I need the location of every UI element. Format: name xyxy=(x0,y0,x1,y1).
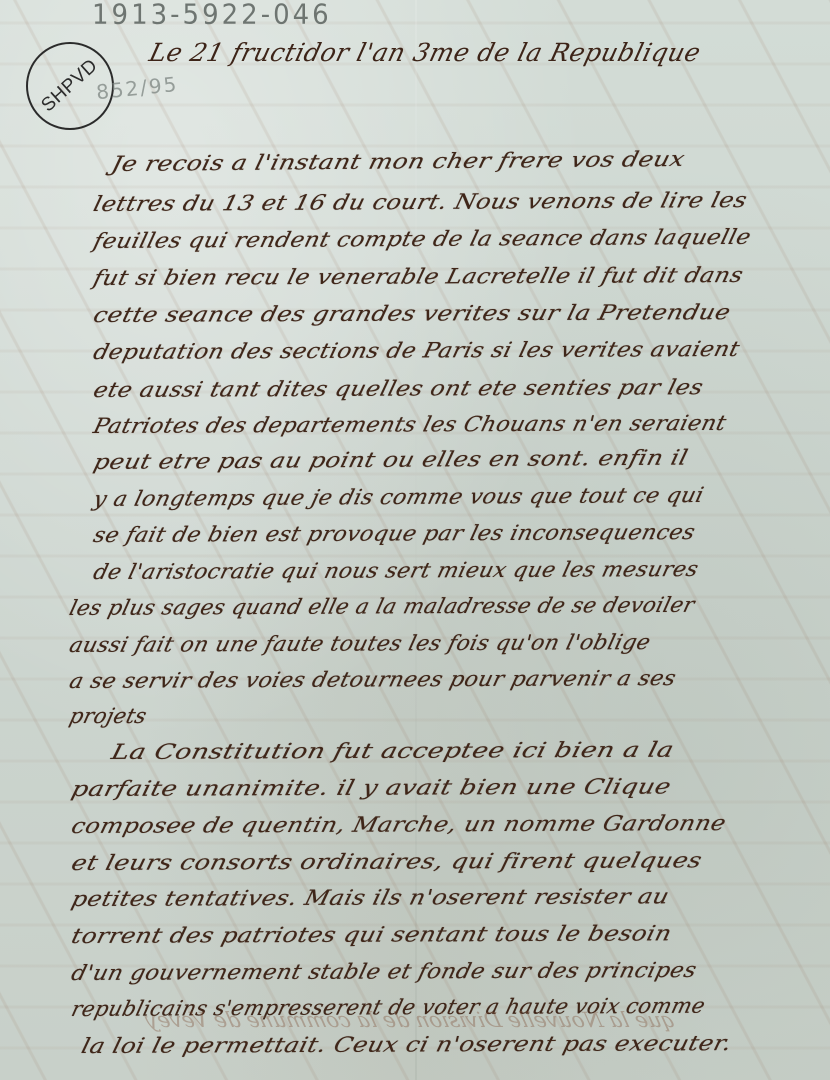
letter-page: 1913-5922-046 SHPVD 852/95 Le 21 fructid… xyxy=(0,0,830,1080)
bleed-through-text: que la Nouvelle Division de la commune d… xyxy=(37,1008,783,1032)
letter-line: de l'aristocratie qui nous sert mieux qu… xyxy=(91,557,701,584)
letter-line: deputation des sections de Paris si les … xyxy=(91,337,742,364)
letter-line: Je recois a l'instant mon cher frere vos… xyxy=(109,147,687,176)
letter-line: parfaite unanimite. il y avait bien une … xyxy=(69,774,674,801)
letter-line: aussi fait on une faute toutes les fois … xyxy=(67,630,653,657)
letter-line: cette seance des grandes verites sur la … xyxy=(91,300,733,327)
letter-line: projets xyxy=(67,704,149,728)
letter-line: feuilles qui rendent compte de la seance… xyxy=(91,225,754,253)
letter-line: Patriotes des departements les Chouans n… xyxy=(91,411,729,438)
letter-line: fut si bien recu le venerable Lacretelle… xyxy=(91,263,746,290)
letter-line: La Constitution fut acceptee ici bien a … xyxy=(109,738,676,764)
letter-line: composee de quentin, Marche, un nomme Ga… xyxy=(69,811,729,838)
letter-line: lettres du 13 et 16 du court. Nous venon… xyxy=(91,188,750,216)
letter-line: torrent des patriotes qui sentant tous l… xyxy=(69,921,674,948)
letter-line: les plus sages quand elle a la maladress… xyxy=(67,593,697,620)
letter-line: a se servir des voies detournees pour pa… xyxy=(67,666,679,693)
letter-line: peut etre pas au point ou elles en sont.… xyxy=(91,446,690,474)
letter-line: la loi le permettait. Ceux ci n'oserent … xyxy=(79,1031,734,1058)
letter-line: ete aussi tant dites quelles ont ete sen… xyxy=(91,375,706,402)
letter-line: se fait de bien est provoque par les inc… xyxy=(91,520,698,547)
letter-line: et leurs consorts ordinaires, qui firent… xyxy=(69,848,704,875)
letter-line: d'un gouvernement stable et fonde sur de… xyxy=(69,958,699,985)
letter-line: y a longtemps que je dis comme vous que … xyxy=(91,483,706,511)
letter-line: petites tentatives. Mais ils n'oserent r… xyxy=(69,884,672,911)
letter-body: Je recois a l'instant mon cher frere vos… xyxy=(0,0,830,1080)
